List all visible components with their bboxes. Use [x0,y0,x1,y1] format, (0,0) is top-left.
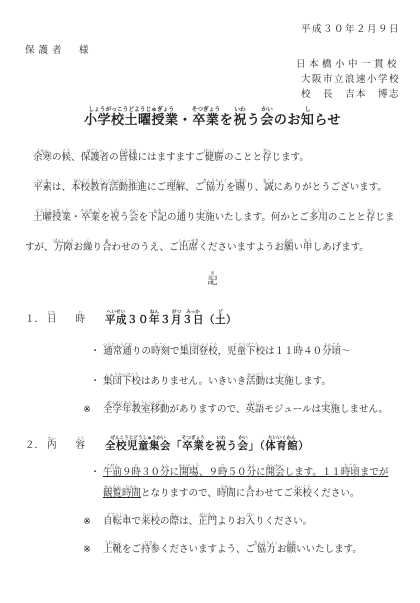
document-date: 平成３０年２月９日 [25,24,400,37]
section-number: ２． [25,433,47,459]
greeting-paragraph: 余寒よかんの候こう、保護者ほごしゃの皆様みなさまにはますますご健勝けんしょうのこ… [25,143,400,173]
event-name-heading: 全校児童集会ぜんこうじどうしゅうかい「卒業そつぎょうを祝いわう会かい」（体育館た… [105,433,309,459]
note-indoor-shoes: ※ 上靴うわぐつをご持参じさんくださいますよう、ご協力きょうりょくお願ねがいいた… [83,539,400,561]
ki-marker: 記き [25,271,400,293]
section-label-datetime: 日にち 時じ [47,307,105,333]
list-item-text: 午前ごぜん９時じ３０分ふんに開場かいじょう、９時じ５０分ふんに開会かいかいします… [103,463,400,505]
invitation-paragraph: 土曜授業どようじゅぎょう・卒業そつぎょうを祝いわう会かいを下記かきの通とおり実施… [25,203,400,263]
section-number: １． [25,307,47,333]
list-item-schedule: ・ 午前ごぜん９時じ３０分ふんに開場かいじょう、９時じ５０分ふんに開会かいかいし… [87,463,400,505]
body-paragraphs: 余寒よかんの候こう、保護者ほごしゃの皆様みなさまにはますますご健勝けんしょうのこ… [25,143,400,263]
note-marker: ※ [83,399,103,421]
section-content: ２． 内ない 容よう 全校児童集会ぜんこうじどうしゅうかい「卒業そつぎょうを祝い… [25,433,400,459]
document-title: 小学校土曜授業しょうがっこうどようじゅぎょう・卒業そつぎょうを祝いわう会かいのお… [25,105,400,135]
bullet-marker: ・ [87,341,103,363]
note-marker: ※ [83,539,103,561]
sender-block: 日本橋小中一貫校 大阪市立浪速小学校 校 長 吉本 博志 [25,58,400,103]
thanks-paragraph: 平素へいそは、本校教育活動推進ほんこうきょういくかつどうすいしんにご理解りかい、… [25,173,400,203]
note-marker: ※ [83,511,103,533]
section-label-content: 内ない 容よう [47,433,105,459]
sender-school-city: 大阪市立浪速小学校 [25,73,400,88]
list-item-text: 通常通つうじょうどおりの時刻じこくで集団登校しゅうだんとうこう，児童下校じどうげ… [103,341,400,363]
list-item-dismissal: ・ 集団下校しゅうだんげこうはありません。いきいき活動かつどうは実施じっしします… [87,371,400,393]
note-text: 自転車じてんしゃで来校らいこうの際さいは、正門せいもんよりお入はいりください。 [103,511,400,533]
note-bicycle: ※ 自転車じてんしゃで来校らいこうの際さいは、正門せいもんよりお入はいりください… [83,511,400,533]
list-item-attendance: ・ 通常通つうじょうどおりの時刻じこくで集団登校しゅうだんとうこう，児童下校じど… [87,341,400,363]
sender-school-name: 日本橋小中一貫校 [25,58,400,73]
sender-principal: 校 長 吉本 博志 [25,88,400,103]
section-datetime: １． 日にち 時じ 平成へいせい３０年ねん３月がつ３日みっか（土ど） [25,307,400,333]
schedule-rest-text: となりますので、時間じかんに合あわせてご来校らいこうください。 [141,489,359,499]
note-english-module: ※ 全学年教室移動ぜんがくねんきょうしついどうがありますので、英語えいごモジュー… [83,399,400,421]
bullet-marker: ・ [87,371,103,393]
bullet-marker: ・ [87,463,103,505]
notice-document: 平成３０年２月９日 保護者 様 日本橋小中一貫校 大阪市立浪速小学校 校 長 吉… [0,0,420,603]
note-text: 全学年教室移動ぜんがくねんきょうしついどうがありますので、英語えいごモジュールは… [103,399,400,421]
event-date-heading: 平成へいせい３０年ねん３月がつ３日みっか（土ど） [105,307,237,333]
addressee: 保護者 様 [25,45,400,58]
list-item-text: 集団下校しゅうだんげこうはありません。いきいき活動かつどうは実施じっしします。 [103,371,400,393]
note-text: 上靴うわぐつをご持参じさんくださいますよう、ご協力きょうりょくお願ねがいいたしま… [103,539,400,561]
